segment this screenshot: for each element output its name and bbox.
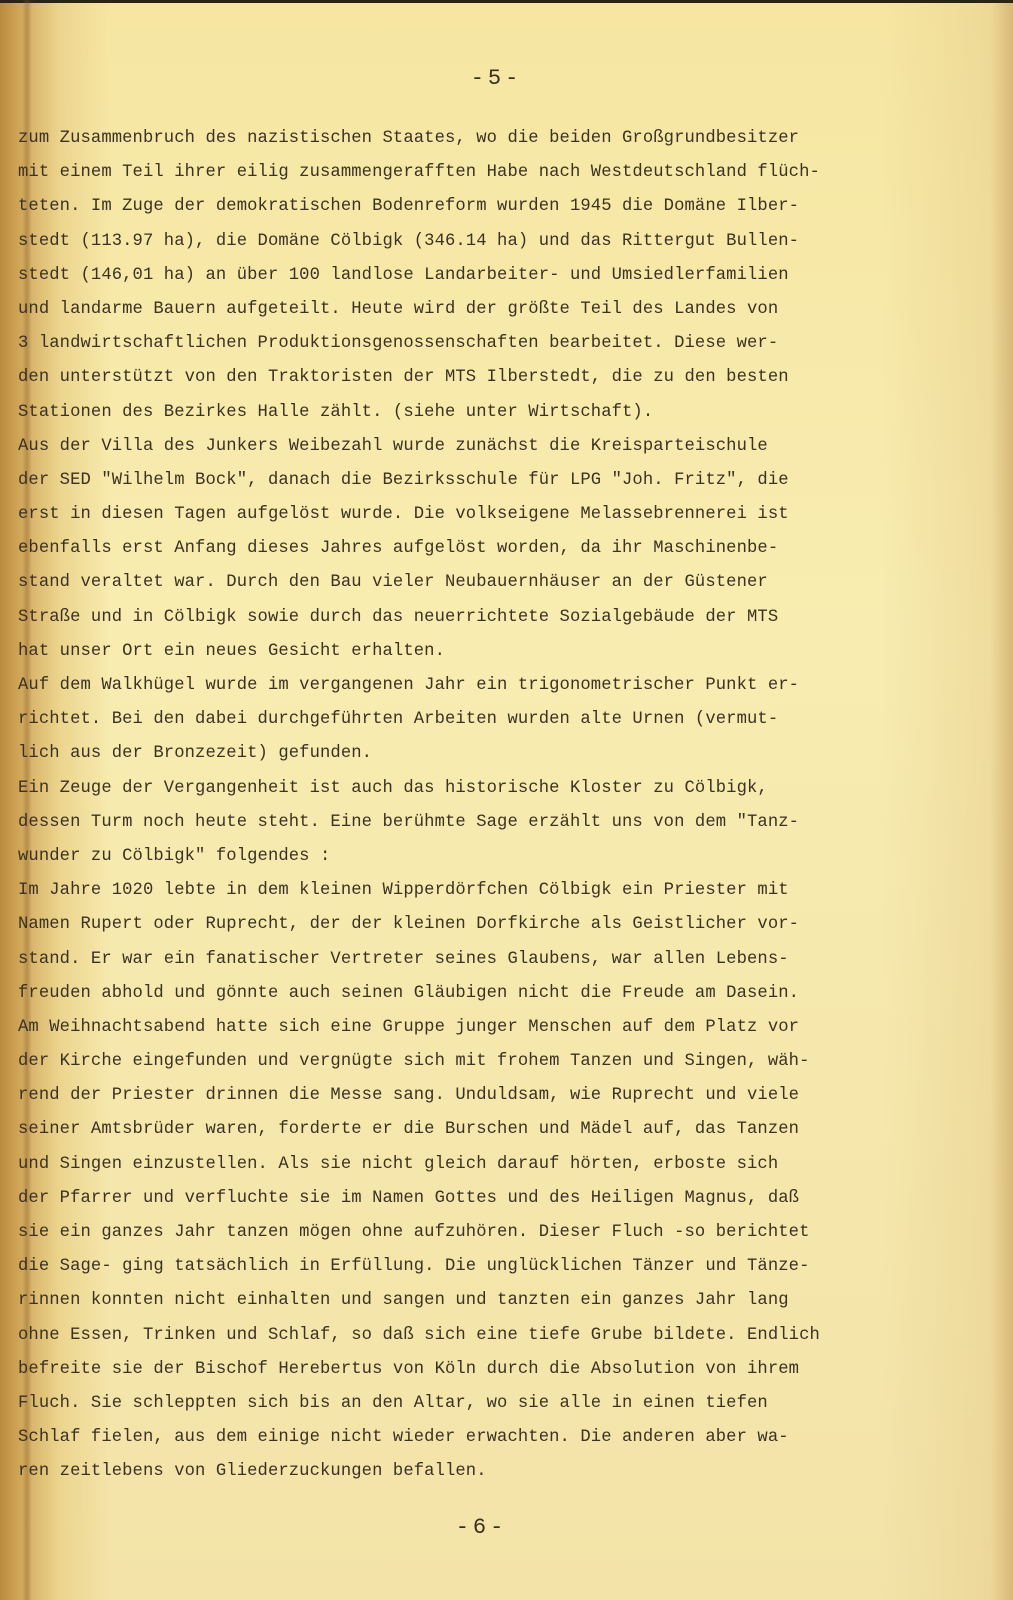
text-line: Stationen des Bezirkes Halle zählt. (sie…: [18, 396, 1003, 430]
text-line: stand veraltet war. Durch den Bau vieler…: [18, 566, 1003, 600]
text-line: der Kirche eingefunden und vergnügte sic…: [18, 1045, 1003, 1079]
text-line: richtet. Bei den dabei durchgeführten Ar…: [18, 703, 1003, 737]
text-line: der Pfarrer und verfluchte sie im Namen …: [18, 1182, 1003, 1216]
text-line: 3 landwirtschaftlichen Produktionsgenoss…: [18, 327, 1003, 361]
body-text: zum Zusammenbruch des nazistischen Staat…: [18, 122, 1003, 1490]
text-line: der SED "Wilhelm Bock", danach die Bezir…: [18, 464, 1003, 498]
text-line: zum Zusammenbruch des nazistischen Staat…: [18, 122, 1003, 156]
text-line: lich aus der Bronzezeit) gefunden.: [18, 737, 1003, 771]
text-line: mit einem Teil ihrer eilig zusammengeraf…: [18, 156, 1003, 190]
text-line: stand. Er war ein fanatischer Vertreter …: [18, 943, 1003, 977]
typewritten-page: -5- zum Zusammenbruch des nazistischen S…: [0, 0, 1013, 1600]
text-line: befreite sie der Bischof Herebertus von …: [18, 1353, 1003, 1387]
text-line: Im Jahre 1020 lebte in dem kleinen Wippe…: [18, 874, 1003, 908]
text-line: teten. Im Zuge der demokratischen Bodenr…: [18, 190, 1003, 224]
text-line: Straße und in Cölbigk sowie durch das ne…: [18, 601, 1003, 635]
text-line: rinnen konnten nicht einhalten und sange…: [18, 1284, 1003, 1318]
text-line: stedt (146,01 ha) an über 100 landlose L…: [18, 259, 1003, 293]
text-line: Ein Zeuge der Vergangenheit ist auch das…: [18, 772, 1003, 806]
text-line: dessen Turm noch heute steht. Eine berüh…: [18, 806, 1003, 840]
text-line: und landarme Bauern aufgeteilt. Heute wi…: [18, 293, 1003, 327]
text-line: seiner Amtsbrüder waren, forderte er die…: [18, 1113, 1003, 1147]
text-line: freuden abhold und gönnte auch seinen Gl…: [18, 977, 1003, 1011]
text-line: Fluch. Sie schleppten sich bis an den Al…: [18, 1387, 1003, 1421]
text-line: ebenfalls erst Anfang dieses Jahres aufg…: [18, 532, 1003, 566]
text-line: rend der Priester drinnen die Messe sang…: [18, 1079, 1003, 1113]
text-line: erst in diesen Tagen aufgelöst wurde. Di…: [18, 498, 1003, 532]
page-number-bottom: -6-: [0, 1515, 1013, 1540]
page-top-edge: [0, 0, 1013, 3]
text-line: Namen Rupert oder Ruprecht, der der klei…: [18, 908, 1003, 942]
text-line: hat unser Ort ein neues Gesicht erhalten…: [18, 635, 1003, 669]
text-line: wunder zu Cölbigk" folgendes :: [18, 840, 1003, 874]
text-line: Aus der Villa des Junkers Weibezahl wurd…: [18, 430, 1003, 464]
text-line: Am Weihnachtsabend hatte sich eine Grupp…: [18, 1011, 1003, 1045]
text-line: ohne Essen, Trinken und Schlaf, so daß s…: [18, 1319, 1003, 1353]
text-line: und Singen einzustellen. Als sie nicht g…: [18, 1148, 1003, 1182]
text-line: Schlaf fielen, aus dem einige nicht wied…: [18, 1421, 1003, 1455]
text-line: Auf dem Walkhügel wurde im vergangenen J…: [18, 669, 1003, 703]
text-line: die Sage- ging tatsächlich in Erfüllung.…: [18, 1250, 1003, 1284]
text-line: sie ein ganzes Jahr tanzen mögen ohne au…: [18, 1216, 1003, 1250]
text-line: den unterstützt von den Traktoristen der…: [18, 361, 1003, 395]
page-number-top: -5-: [0, 66, 1013, 91]
text-line: stedt (113.97 ha), die Domäne Cölbigk (3…: [18, 225, 1003, 259]
text-line: ren zeitlebens von Gliederzuckungen befa…: [18, 1455, 1003, 1489]
